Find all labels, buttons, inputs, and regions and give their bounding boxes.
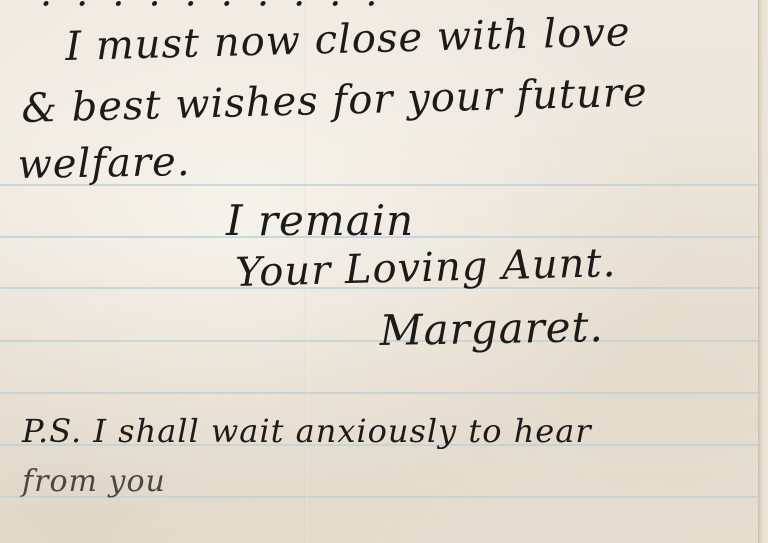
ruled-line [0,392,768,394]
postscript-line-1: P.S. I shall wait anxiously to hear [22,412,592,450]
body-line-2: & best wishes for your future [21,70,648,132]
paper-edge [758,0,768,543]
body-line-3: welfare. [17,139,191,188]
signature: Margaret. [379,302,604,355]
closing-line-1: I remain [226,196,414,245]
letter-page: · · · · · · · · · · I must now close wit… [0,0,768,543]
postscript-line-2: from you [22,464,166,499]
